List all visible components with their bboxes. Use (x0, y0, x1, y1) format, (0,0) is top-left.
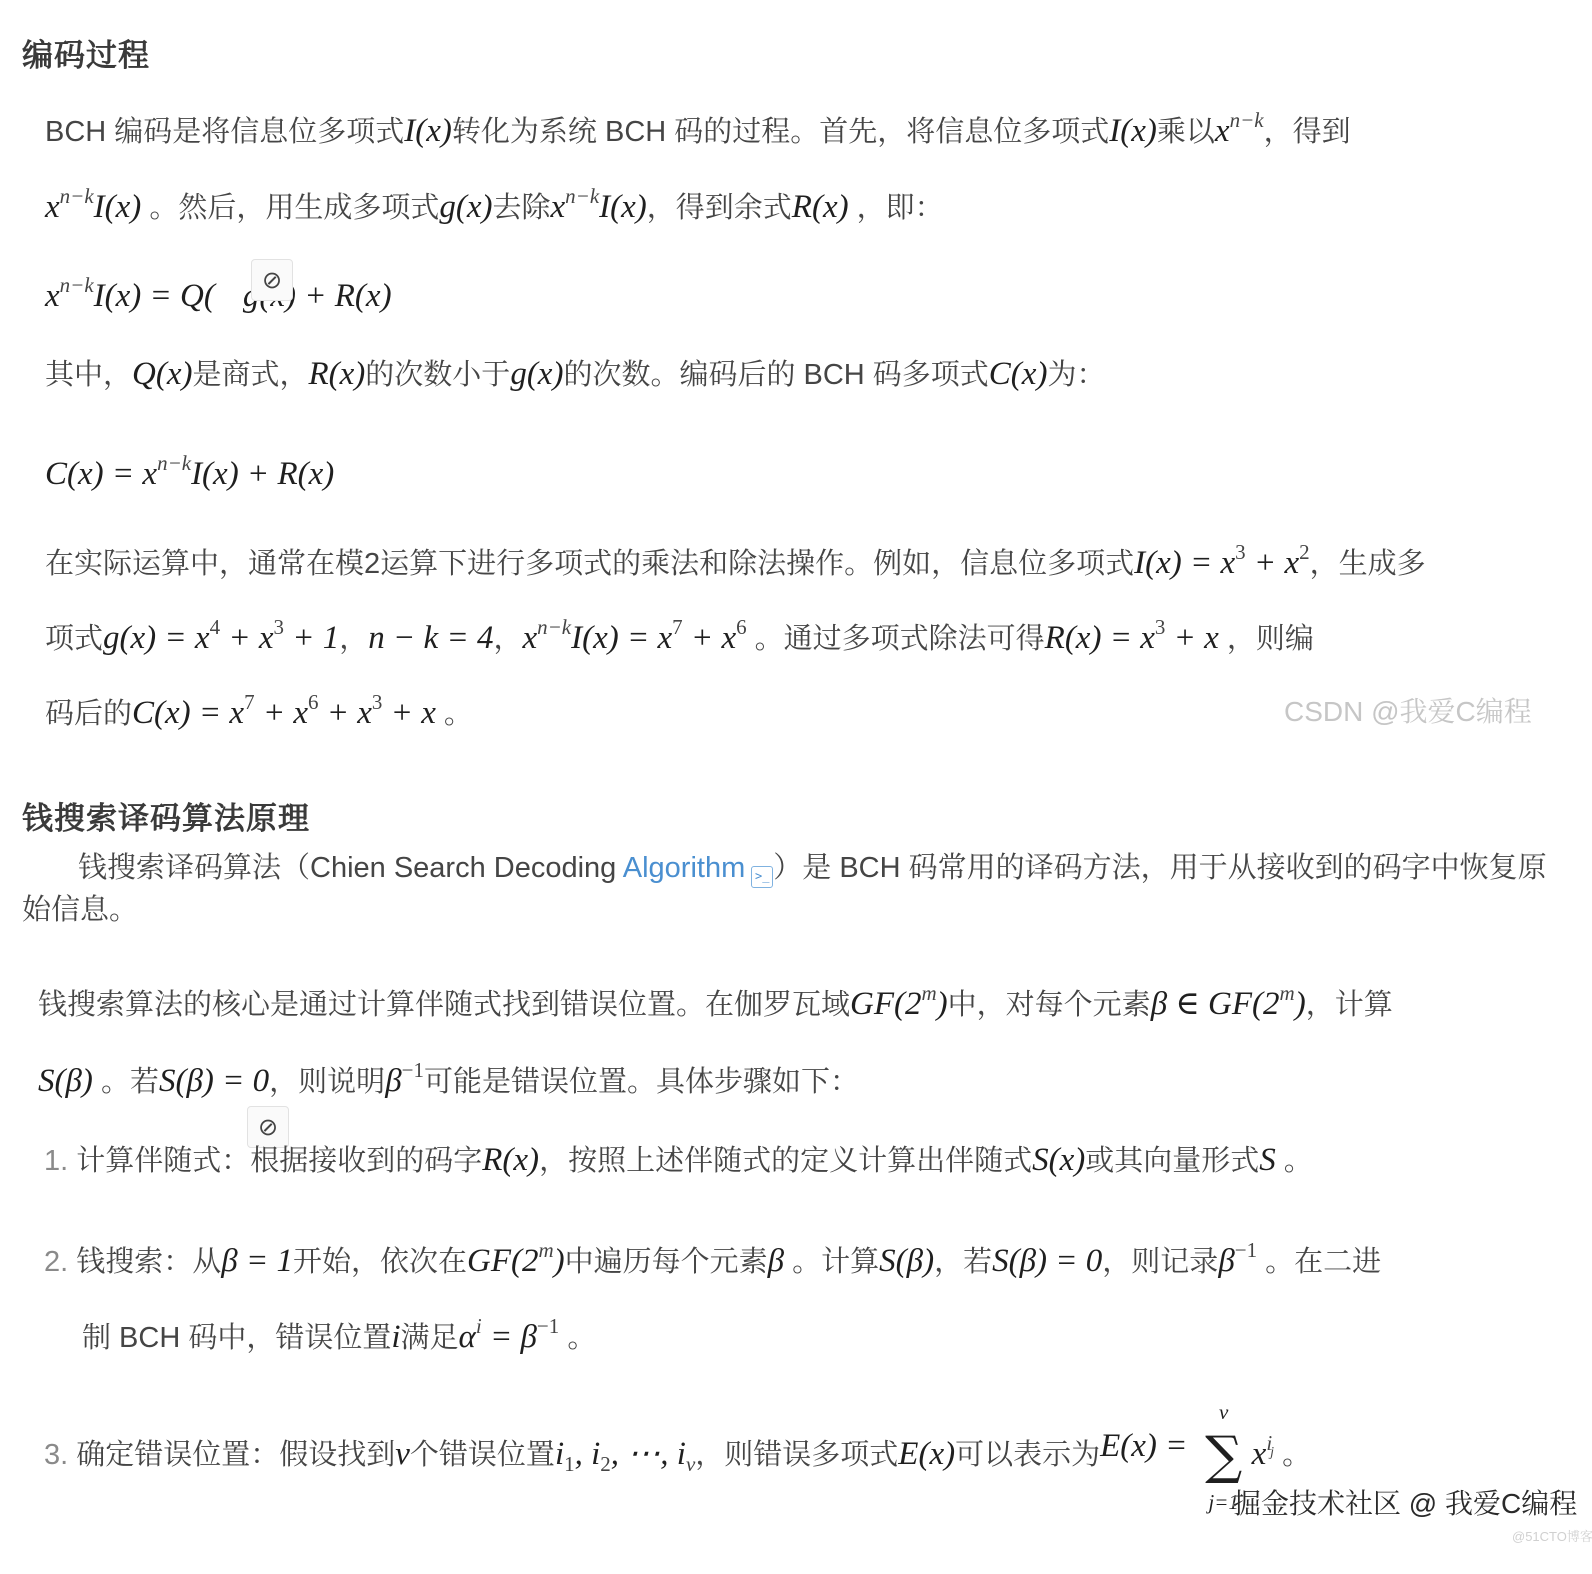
text: 的次数小于 (365, 359, 510, 391)
math-Rx: R(x) (482, 1142, 539, 1178)
math-gx: g(x) (510, 356, 563, 392)
math: R(x) = x (1045, 620, 1155, 656)
text: 或其向量形式 (1085, 1145, 1259, 1177)
math: + x (1165, 620, 1218, 656)
text: 。通过多项式除法可得 (747, 623, 1045, 655)
algorithm-link[interactable]: Algorithm (623, 852, 746, 884)
math-exponent: 3 (372, 690, 383, 714)
math-S-beta-zero: S(β) = 0 (159, 1063, 269, 1099)
text: 是商式， (192, 359, 308, 391)
math-exponent: m (1280, 981, 1295, 1005)
text: ，则错误多项式 (695, 1439, 898, 1471)
section-heading-chien-search: 钱搜索译码算法原理 (22, 793, 310, 838)
text: ，按照上述伴随式的定义计算出伴随式 (539, 1145, 1032, 1177)
text: ， (493, 623, 522, 655)
math-lhs: I(x) = Q( (94, 278, 215, 314)
text: ，则编 (1219, 623, 1314, 655)
text: 。计算 (784, 1246, 879, 1278)
math-lhs: C(x) = x (45, 456, 157, 492)
math: ) (554, 1243, 565, 1279)
text: 在实际运算中，通常在模2运算下进行多项式的乘法和除法操作。例如，信息位多项式 (45, 548, 1134, 580)
text: 确定错误位置：假设找到 (76, 1439, 395, 1471)
text: ，计算 (1306, 989, 1393, 1021)
paragraph-chien-core-line2: S(β) 。若S(β) = 0，则说明β−1可能是错误位置。具体步骤如下： (38, 1050, 859, 1102)
list-item-step-2: 2. 钱搜索：从β = 1开始，依次在GF(2m)中遍历每个元素β 。计算S(β… (44, 1230, 1381, 1282)
paragraph-example-line1: 在实际运算中，通常在模2运算下进行多项式的乘法和除法操作。例如，信息位多项式I(… (45, 532, 1426, 584)
watermark-csdn: CSDN @我爱C编程 (1284, 690, 1532, 730)
math: β = 1 (221, 1243, 293, 1279)
math-Rx: R(x) (309, 356, 366, 392)
math-subscript: 2 (600, 1452, 611, 1476)
text: 满足 (401, 1322, 459, 1354)
math-S: S (1259, 1142, 1276, 1178)
summation: v∑j=1 (1196, 1436, 1252, 1476)
text: 钱搜索：从 (76, 1246, 221, 1278)
math-x: x (1215, 113, 1230, 149)
text: 中，对每个元素 (948, 989, 1151, 1021)
math: n − k = 4 (368, 620, 493, 656)
math-beta: β (1218, 1243, 1234, 1279)
text: 开始，依次在 (293, 1246, 467, 1278)
text: ，则记录 (1102, 1246, 1218, 1278)
math-beta: β (768, 1243, 784, 1279)
text: 去除 (492, 192, 550, 224)
math-exponent: m (922, 981, 937, 1005)
paragraph-encoding-intro-line1: BCH 编码是将信息位多项式I(x)转化为系统 BCH 码的过程。首先，将信息位… (45, 100, 1351, 152)
math-exponent: 4 (210, 615, 221, 639)
math-exponent: 2 (1299, 540, 1310, 564)
text: 。 (436, 698, 473, 730)
math: + x (220, 620, 273, 656)
math-subscript: v (686, 1452, 695, 1476)
list-item-step-2-line2: 制 BCH 码中，错误位置i满足αi = β−1 。 (82, 1306, 596, 1358)
math-exponent: n−k (1230, 108, 1264, 132)
math-S-beta-zero: S(β) = 0 (992, 1243, 1102, 1279)
math-rhs: I(x) + R(x) (191, 456, 334, 492)
math-exponent: 3 (1155, 615, 1166, 639)
math-Ix: I(x) (599, 189, 647, 225)
text: ，即： (849, 192, 944, 224)
math-x: x (45, 189, 60, 225)
math-Ix: I(x) (404, 113, 452, 149)
math-Ex: E(x) (898, 1436, 955, 1472)
paragraph-chien-intro-line1: 钱搜索译码算法（Chien Search Decoding Algorithm>… (78, 848, 1547, 888)
sigma-icon: ∑ (1205, 1426, 1242, 1486)
equation-division: xn−kI(x) = Q(g(x) + R(x) (45, 265, 392, 317)
math-subscript: 1 (564, 1452, 575, 1476)
math: x (522, 620, 537, 656)
math-exponent: m (538, 1238, 553, 1262)
text: 。 (1274, 1439, 1311, 1471)
math-exponent: n−k (60, 184, 94, 208)
list-number: 2. (44, 1246, 68, 1278)
text: 乘以 (1157, 116, 1215, 148)
text: 。若 (93, 1066, 159, 1098)
text: 可以表示为 (955, 1439, 1100, 1471)
math-exponent: 7 (244, 690, 255, 714)
math: + x (1246, 545, 1299, 581)
text: ， (339, 623, 368, 655)
text: 码后的 (45, 698, 132, 730)
math-Cx: C(x) (989, 356, 1048, 392)
text: 其中， (45, 359, 132, 391)
text: 中遍历每个元素 (565, 1246, 768, 1278)
math-x: x (551, 189, 566, 225)
text: 。在二进 (1257, 1246, 1381, 1278)
math: + 1 (284, 620, 339, 656)
sum-upper-limit: v (1196, 1392, 1252, 1432)
text: 项式 (45, 623, 103, 655)
text: ，得到余式 (647, 192, 792, 224)
math-S-beta: S(β) (38, 1063, 93, 1099)
paragraph-encoding-intro-line2: xn−kI(x) 。然后，用生成多项式g(x)去除xn−kI(x)，得到余式R(… (45, 176, 944, 228)
text: 的次数。编码后的 BCH 码多项式 (563, 359, 988, 391)
math-exponent: 3 (273, 615, 284, 639)
text: 转化为系统 BCH 码的过程。首先，将信息位多项式 (452, 116, 1109, 148)
math: , i (575, 1436, 601, 1472)
math-gx: g(x) (439, 189, 492, 225)
math-Ex-eq: E(x) = (1100, 1428, 1196, 1464)
math: + x (255, 695, 308, 731)
math-x: x (45, 278, 60, 314)
math: = β (482, 1319, 537, 1355)
math-alpha: α (459, 1319, 476, 1355)
math-x: x (1252, 1436, 1267, 1472)
math-beta: β (385, 1063, 401, 1099)
math: I(x) = x (571, 620, 672, 656)
equation-codeword: C(x) = xn−kI(x) + R(x) (45, 443, 334, 495)
math: g(x) = x (103, 620, 210, 656)
math-exponent: n−k (537, 615, 571, 639)
math-S-beta: S(β) (879, 1243, 934, 1279)
text: BCH 编码是将信息位多项式 (45, 116, 404, 148)
list-item-step-3: 3. 确定错误位置：假设找到v个错误位置i1, i2, ⋯, iv，则错误多项式… (44, 1423, 1311, 1484)
paragraph-example-line2: 项式g(x) = x4 + x3 + 1，n − k = 4，xn−kI(x) … (45, 607, 1314, 659)
text: ，若 (934, 1246, 992, 1278)
text: ，生成多 (1310, 548, 1426, 580)
text: ）是 BCH 码常用的译码方法，用于从接收到的码字中恢复原 (773, 852, 1546, 884)
watermark-juejin: 掘金技术社区 @ 我爱C编程 (1233, 1482, 1577, 1522)
math: + x (319, 695, 372, 731)
math-beta-in-GF: β ∈ GF(2 (1151, 986, 1280, 1022)
math-Rx: R(x) (792, 189, 849, 225)
math-i: i (555, 1436, 564, 1472)
math-exponent: 6 (736, 615, 747, 639)
section-heading-encoding: 编码过程 (22, 30, 150, 75)
list-item-step-1: 1. 计算伴随式：根据接收到的码字R(x)，按照上述伴随式的定义计算出伴随式S(… (44, 1140, 1313, 1181)
text: 钱搜索算法的核心是通过计算伴随式找到错误位置。在伽罗瓦域 (38, 989, 850, 1021)
text: 。然后，用生成多项式 (141, 192, 439, 224)
paragraph-chien-intro-line2: 始信息。 (22, 890, 138, 930)
math-exponent: 3 (1235, 540, 1246, 564)
text: 可能是错误位置。具体步骤如下： (424, 1066, 859, 1098)
text: 计算伴随式：根据接收到的码字 (76, 1145, 482, 1177)
text: 钱搜索译码算法（Chien Search Decoding (78, 852, 623, 884)
math: I(x) = x (1134, 545, 1235, 581)
math-exponent: n−k (60, 273, 94, 297)
math-exponent: −1 (402, 1058, 424, 1082)
math-exponent: −1 (537, 1314, 559, 1338)
copy-icon: ⊘ (258, 1113, 278, 1141)
math-GF: GF(2 (467, 1243, 538, 1279)
math-v: v (395, 1436, 410, 1472)
watermark-51cto: @51CTO博客 (1512, 1526, 1592, 1545)
paragraph-chien-core-line1: 钱搜索算法的核心是通过计算伴随式找到错误位置。在伽罗瓦域GF(2m)中，对每个元… (38, 973, 1393, 1025)
text: 。 (559, 1322, 596, 1354)
math-i: i (391, 1319, 400, 1355)
math-exponent: n−k (157, 451, 191, 475)
math-exponent: 7 (672, 615, 683, 639)
text: ，得到 (1264, 116, 1351, 148)
math-Qx: Q(x) (132, 356, 192, 392)
math: ) (937, 986, 948, 1022)
math-GF: GF(2 (850, 986, 921, 1022)
math-exponent: −1 (1235, 1238, 1257, 1262)
list-number: 1. (44, 1145, 68, 1177)
paragraph-example-line3: 码后的C(x) = x7 + x6 + x3 + x 。 (45, 682, 473, 734)
text: 个错误位置 (410, 1439, 555, 1471)
copy-formula-button[interactable]: ⊘ (251, 259, 293, 301)
text: 。 (1276, 1145, 1313, 1177)
search-link-icon[interactable]: >_ (751, 866, 773, 888)
copy-icon: ⊘ (262, 266, 282, 294)
math-Ix: I(x) (1109, 113, 1157, 149)
list-number: 3. (44, 1439, 68, 1471)
math-exponent: n−k (565, 184, 599, 208)
math: ) (1295, 986, 1306, 1022)
text: ，则说明 (269, 1066, 385, 1098)
text: 为： (1047, 359, 1105, 391)
math-Ix: I(x) (94, 189, 142, 225)
math-exponent: 6 (308, 690, 319, 714)
paragraph-quotient: 其中，Q(x)是商式，R(x)的次数小于g(x)的次数。编码后的 BCH 码多项… (45, 354, 1105, 395)
text: 制 BCH 码中，错误位置 (82, 1322, 391, 1354)
math: , ⋯, i (611, 1436, 686, 1472)
math: + x (382, 695, 435, 731)
math: C(x) = x (132, 695, 244, 731)
math-Sx: S(x) (1032, 1142, 1085, 1178)
math: + x (683, 620, 736, 656)
